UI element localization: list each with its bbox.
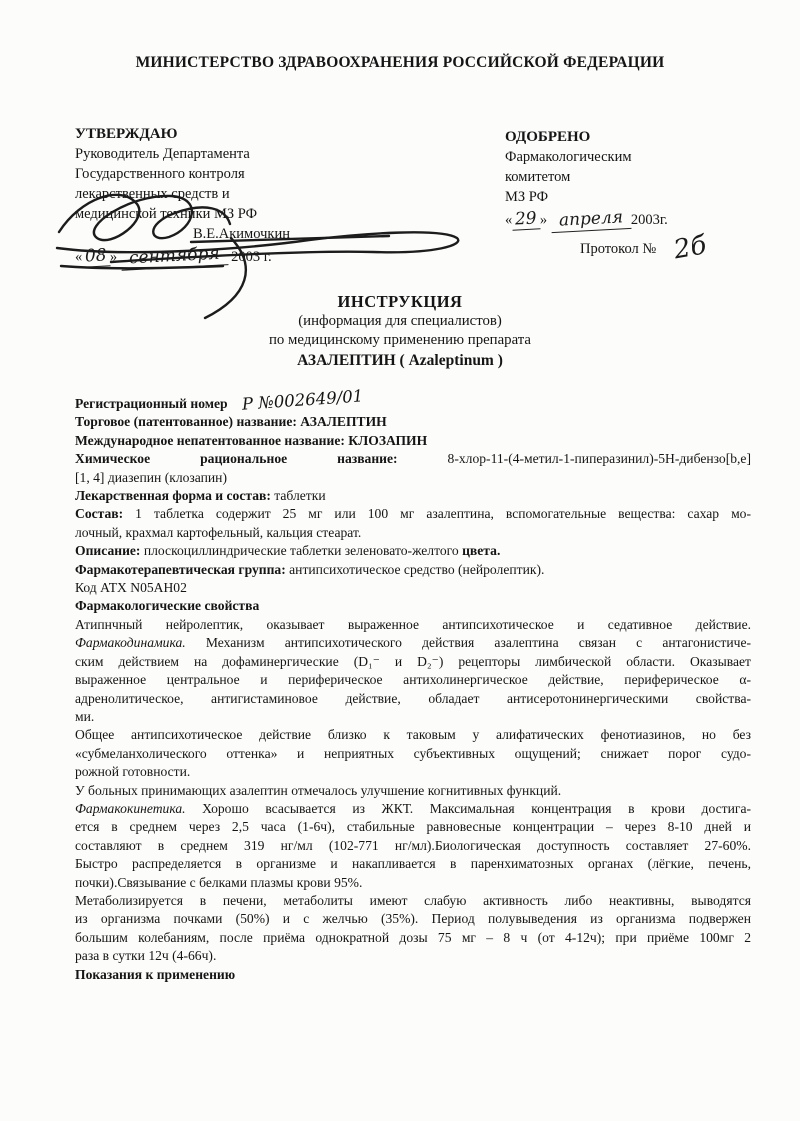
body-segment: плоскоциллиндрические таблетки зеленоват…: [140, 543, 462, 558]
body-line: Фармакотерапевтическая группа: антипсихо…: [75, 561, 751, 579]
signer-name: В.Е.Акимочкин: [193, 224, 375, 244]
body-segment: ется в среднем через 2,5 часа (1-6ч), ст…: [75, 819, 751, 834]
body-segment: Международное непатентованное название: …: [75, 433, 427, 448]
close-quote: »: [540, 212, 547, 228]
body-line: «субмеланхолического оттенка» и неприятн…: [75, 745, 751, 763]
body-line: выраженное центральное и периферическое …: [75, 671, 751, 689]
instruction-title-block: ИНСТРУКЦИЯ (информация для специалистов)…: [0, 292, 800, 370]
body-line: из организма почками (50%) и с желчью (3…: [75, 910, 751, 928]
handwritten-day: 29: [512, 208, 541, 230]
body-segment: Быстро распределяется в организме и нака…: [75, 856, 751, 871]
body-line: Код АТХ N05AH02: [75, 579, 751, 597]
approve-title: УТВЕРЖДАЮ: [75, 124, 375, 144]
approve-line: Фармакологическим: [505, 147, 765, 167]
instruction-title: ИНСТРУКЦИЯ: [0, 292, 800, 312]
body-line: Торговое (патентованное) название: АЗАЛЕ…: [75, 413, 751, 431]
body-line: почки).Связывание с белками плазмы крови…: [75, 874, 751, 892]
body-line: У больных принимающих азалептин отмечало…: [75, 782, 751, 800]
body-segment: Регистрационный номер: [75, 396, 228, 411]
body-line: ми.: [75, 708, 751, 726]
ministry-header: МИНИСТЕРСТВО ЗДРАВООХРАНЕНИЯ РОССИЙСКОЙ …: [0, 54, 800, 72]
body-segment: ским действием на дофаминергические (D₁⁻…: [75, 654, 751, 669]
body-line: адренолитическое, антигистаминовое дейст…: [75, 690, 751, 708]
body-segment: Фармакотерапевтическая группа:: [75, 562, 286, 577]
approval-block-right: ОДОБРЕНО Фармакологическим комитетом МЗ …: [505, 127, 765, 259]
handwritten-day: 08: [82, 245, 111, 267]
approve-line: МЗ РФ: [505, 187, 765, 207]
body-line: Описание: плоскоциллиндрические таблетки…: [75, 542, 751, 560]
drug-name-title: АЗАЛЕПТИН ( Azaleptinum ): [0, 351, 800, 371]
body-line: Лекарственная форма и состав: таблетки: [75, 487, 751, 505]
approve-line: лекарственных средств и: [75, 184, 375, 204]
body-segment: раза в сутки 12ч (4-66ч).: [75, 948, 216, 963]
body-segment: У больных принимающих азалептин отмечало…: [75, 783, 561, 798]
body-line: составляют в среднем 319 нг/мл (102-771 …: [75, 837, 751, 855]
approve-line: Руководитель Департамента: [75, 144, 375, 164]
body-line: ским действием на дофаминергические (D₁⁻…: [75, 653, 751, 671]
body-segment: Описание:: [75, 543, 140, 558]
body-segment: Торговое (патентованное) название: АЗАЛЕ…: [75, 414, 387, 429]
body-segment: цвета.: [462, 543, 500, 558]
protocol-row: Протокол № 2б: [580, 239, 765, 259]
body-line: Быстро распределяется в организме и нака…: [75, 855, 751, 873]
body-segment: из организма почками (50%) и с желчью (3…: [75, 911, 751, 926]
body-segment: Фармакодинамика.: [75, 635, 186, 650]
body-segment: рожной готовности.: [75, 764, 190, 779]
body-segment: Механизм антипсихотического действия аза…: [186, 635, 751, 650]
handwritten-protocol-number: 2б: [658, 235, 707, 263]
date-year: 2003 г.: [231, 249, 272, 265]
body-segment: почки).Связывание с белками плазмы крови…: [75, 875, 362, 890]
body-segment: большим колебаниям, после приёма однокра…: [75, 930, 751, 945]
body-segment: Состав:: [75, 506, 123, 521]
approval-block-left: УТВЕРЖДАЮ Руководитель Департамента Госу…: [75, 124, 375, 268]
body-line: Фармакологические свойства: [75, 597, 751, 615]
body-segment: таблетки: [271, 488, 326, 503]
body-line: Атипнчный нейролептик, оказывает выражен…: [75, 616, 751, 634]
approval-date-left: «08» сентября 2003 г.: [75, 246, 375, 268]
body-segment: лочный, крахмал картофельный, кальция ст…: [75, 525, 361, 540]
approve-title: ОДОБРЕНО: [505, 127, 765, 147]
approve-line: комитетом: [505, 167, 765, 187]
body-text: Регистрационный номерР №002649/01Торгово…: [75, 394, 751, 984]
body-segment: 8-хлор-11-(4-метил-1-пиперазинил)-5Н-диб…: [398, 451, 751, 466]
body-line: Регистрационный номерР №002649/01: [75, 394, 751, 413]
body-line: Химическое рациональное название: 8-хлор…: [75, 450, 751, 468]
handwritten-month: апреля: [550, 207, 631, 233]
body-segment: Общее антипсихотическое действие близко …: [75, 727, 751, 742]
body-segment: выраженное центральное и периферическое …: [75, 672, 751, 687]
body-segment: Лекарственная форма и состав:: [75, 488, 271, 503]
body-line: ется в среднем через 2,5 часа (1-6ч), ст…: [75, 818, 751, 836]
instruction-subtitle2: по медицинскому применению препарата: [0, 331, 800, 351]
handwritten-month: сентября: [120, 243, 228, 271]
body-segment: «субмеланхолического оттенка» и неприятн…: [75, 746, 751, 761]
signer-name-text: В.Е.Акимочкин: [193, 226, 290, 242]
instruction-subtitle: (информация для специалистов): [0, 312, 800, 332]
approval-date-right: «29» апреля2003г.: [505, 209, 765, 231]
body-segment: ми.: [75, 709, 94, 724]
body-line: рожной готовности.: [75, 763, 751, 781]
body-segment: антипсихотическое средство (нейролептик)…: [286, 562, 545, 577]
body-segment: Химическое рациональное название:: [75, 451, 398, 466]
body-segment: Показания к применению: [75, 967, 235, 982]
body-line: Международное непатентованное название: …: [75, 432, 751, 450]
body-line: Фармакодинамика. Механизм антипсихотичес…: [75, 634, 751, 652]
date-year: 2003г.: [631, 212, 668, 228]
body-line: раза в сутки 12ч (4-66ч).: [75, 947, 751, 965]
body-line: большим колебаниям, после приёма однокра…: [75, 929, 751, 947]
body-line: Показания к применению: [75, 966, 751, 984]
approve-line: медицинской техники МЗ РФ: [75, 204, 375, 224]
body-line: Общее антипсихотическое действие близко …: [75, 726, 751, 744]
body-line: Состав: 1 таблетка содержит 25 мг или 10…: [75, 505, 751, 523]
approve-line: Государственного контроля: [75, 164, 375, 184]
body-segment: Атипнчный нейролептик, оказывает выражен…: [75, 617, 751, 632]
body-line: лочный, крахмал картофельный, кальция ст…: [75, 524, 751, 542]
body-segment: Фармакологические свойства: [75, 598, 259, 613]
body-segment: Код АТХ N05AH02: [75, 580, 187, 595]
protocol-label: Протокол №: [580, 241, 656, 257]
body-line: [1, 4] диазепин (клозапин): [75, 469, 751, 487]
body-segment: адренолитическое, антигистаминовое дейст…: [75, 691, 751, 706]
close-quote: »: [110, 249, 117, 265]
handwritten-registration-number: Р №002649/01: [227, 387, 363, 415]
body-line: Метаболизируется в печени, метаболиты им…: [75, 892, 751, 910]
body-segment: составляют в среднем 319 нг/мл (102-771 …: [75, 838, 751, 853]
body-segment: Метаболизируется в печени, метаболиты им…: [75, 893, 751, 908]
body-segment: Фармакокинетика.: [75, 801, 186, 816]
body-segment: 1 таблетка содержит 25 мг или 100 мг аза…: [123, 506, 751, 521]
body-segment: [1, 4] диазепин (клозапин): [75, 470, 227, 485]
body-line: Фармакокинетика. Хорошо всасывается из Ж…: [75, 800, 751, 818]
body-segment: Хорошо всасывается из ЖКТ. Максимальная …: [186, 801, 751, 816]
document-page: МИНИСТЕРСТВО ЗДРАВООХРАНЕНИЯ РОССИЙСКОЙ …: [0, 0, 800, 1121]
